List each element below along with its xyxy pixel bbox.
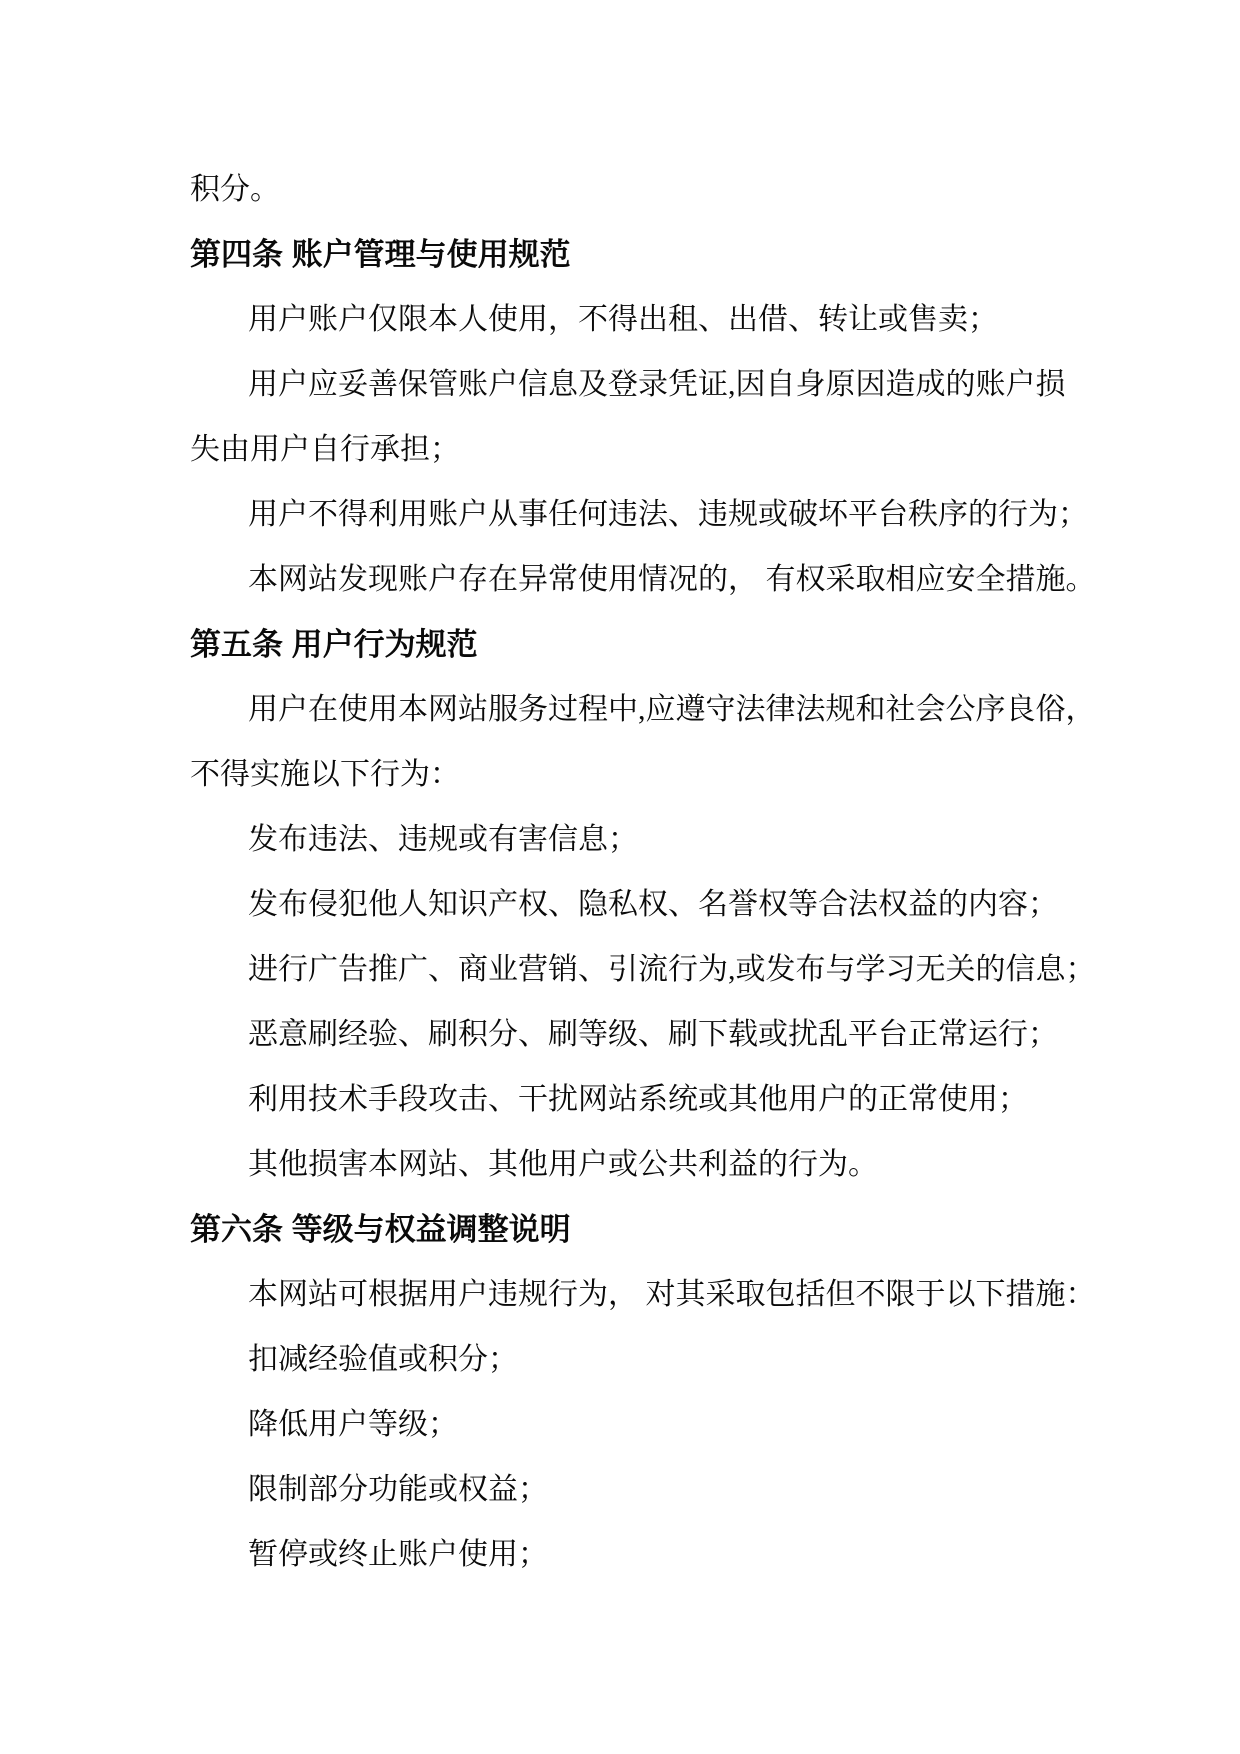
document-body: 积分。第四条 账户管理与使用规范用户账户仅限本人使用，不得出租、出借、转让或售卖… [190,157,1090,1587]
paragraph-line: 发布违法、违规或有害信息； [190,807,1090,872]
paragraph-line: 扣减经验值或积分； [190,1327,1090,1392]
paragraph-line: 暂停或终止账户使用； [190,1522,1090,1587]
paragraph-line: 其他损害本网站、其他用户或公共利益的行为。 [190,1132,1090,1197]
section-heading: 第六条 等级与权益调整说明 [190,1197,1090,1262]
paragraph-line: 进行广告推广、商业营销、引流行为,或发布与学习无关的信息； [190,937,1090,1002]
paragraph-line: 降低用户等级； [190,1392,1090,1457]
paragraph-line: 不得实施以下行为： [190,742,1090,807]
paragraph-line: 本网站发现账户存在异常使用情况的， 有权采取相应安全措施。 [190,547,1090,612]
paragraph-line: 用户在使用本网站服务过程中,应遵守法律法规和社会公序良俗， [190,677,1090,742]
paragraph-line: 失由用户自行承担； [190,417,1090,482]
paragraph-line: 恶意刷经验、刷积分、刷等级、刷下载或扰乱平台正常运行； [190,1002,1090,1067]
paragraph-line: 限制部分功能或权益； [190,1457,1090,1522]
section-heading: 第五条 用户行为规范 [190,612,1090,677]
paragraph-line: 利用技术手段攻击、干扰网站系统或其他用户的正常使用； [190,1067,1090,1132]
paragraph-line: 本网站可根据用户违规行为， 对其采取包括但不限于以下措施： [190,1262,1090,1327]
document-page: 积分。第四条 账户管理与使用规范用户账户仅限本人使用，不得出租、出借、转让或售卖… [0,0,1240,1754]
paragraph-line: 用户不得利用账户从事任何违法、违规或破坏平台秩序的行为； [190,482,1090,547]
section-heading: 第四条 账户管理与使用规范 [190,222,1090,287]
paragraph-line: 用户账户仅限本人使用，不得出租、出借、转让或售卖； [190,287,1090,352]
paragraph-line: 发布侵犯他人知识产权、隐私权、名誉权等合法权益的内容； [190,872,1090,937]
paragraph-line: 积分。 [190,157,1090,222]
paragraph-line: 用户应妥善保管账户信息及登录凭证,因自身原因造成的账户损 [190,352,1090,417]
